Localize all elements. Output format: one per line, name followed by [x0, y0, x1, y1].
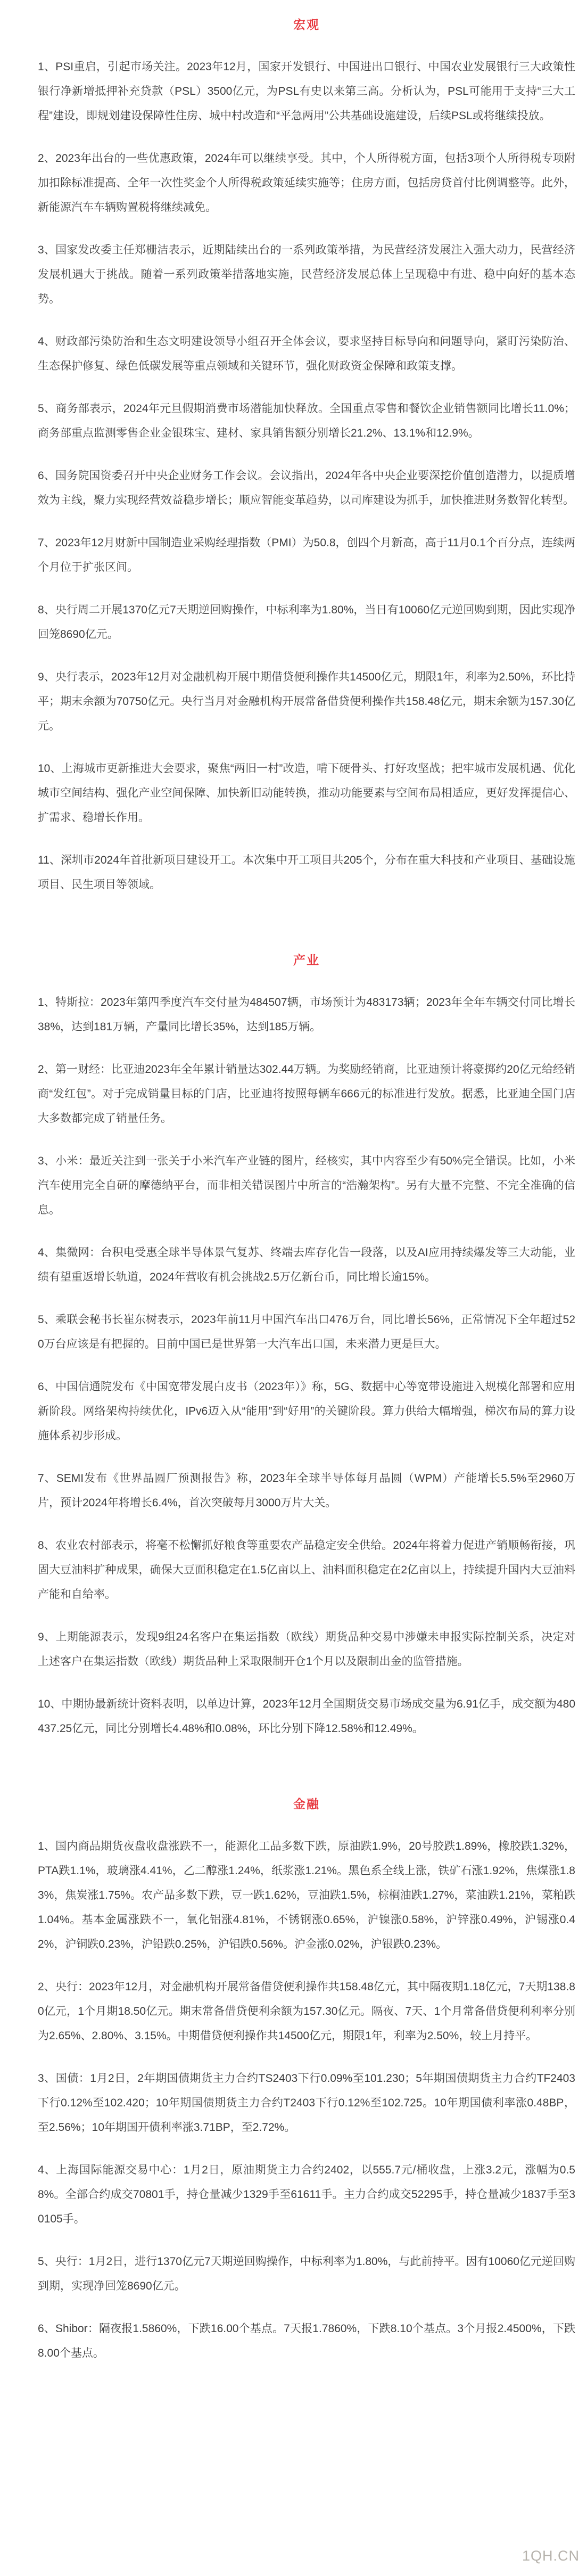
news-item: 3、国债：1月2日，2年期国债期货主力合约TS2403下行0.09%至101.2… [38, 2066, 575, 2140]
section-items: 1、国内商品期货夜盘收盘涨跌不一，能源化工品多数下跌，原油跌1.9%，20号胶跌… [38, 1834, 575, 2366]
news-item: 2、央行：2023年12月，对金融机构开展常备借贷便利操作共158.48亿元，其… [38, 1975, 575, 2048]
news-item: 10、上海城市更新推进大会要求，聚焦“两旧一村”改造，啃下硬骨头、打好攻坚战；把… [38, 757, 575, 830]
news-item: 8、央行周二开展1370亿元7天期逆回购操作，中标利率为1.80%，当日有100… [38, 598, 575, 647]
news-item: 3、国家发改委主任郑栅洁表示，近期陆续出台的一系列政策举措，为民营经济发展注入强… [38, 238, 575, 311]
section-title-industry: 产业 [38, 950, 575, 968]
news-section-industry: 产业 1、特斯拉：2023年第四季度汽车交付量为484507辆，市场预计为483… [38, 950, 575, 1741]
news-item: 5、央行：1月2日，进行1370亿元7天期逆回购操作，中标利率为1.80%，与此… [38, 2250, 575, 2299]
section-title-finance: 金融 [38, 1794, 575, 1812]
news-item: 6、国务院国资委召开中央企业财务工作会议。会议指出，2024年各中央企业要深挖价… [38, 464, 575, 513]
news-item: 8、农业农村部表示，将毫不松懈抓好粮食等重要农产品稳定安全供给。2024年将着力… [38, 1533, 575, 1607]
news-item: 7、2023年12月财新中国制造业采购经理指数（PMI）为50.8，创四个月新高… [38, 531, 575, 580]
news-item: 9、上期能源表示，发现9组24名客户在集运指数（欧线）期货品种交易中涉嫌未申报实… [38, 1625, 575, 1674]
news-document: 宏观 1、PSI重启，引起市场关注。2023年12月，国家开发银行、中国进出口银… [0, 0, 587, 2366]
news-item: 9、央行表示，2023年12月对金融机构开展中期借贷便利操作共14500亿元，期… [38, 665, 575, 739]
section-title-macro: 宏观 [38, 15, 575, 32]
news-item: 4、财政部污染防治和生态文明建设领导小组召开全体会议，要求坚持目标导向和问题导向… [38, 330, 575, 379]
news-item: 1、特斯拉：2023年第四季度汽车交付量为484507辆，市场预计为483173… [38, 990, 575, 1039]
news-item: 6、Shibor：隔夜报1.5860%，下跌16.00个基点。7天报1.7860… [38, 2317, 575, 2366]
news-item: 7、SEMI发布《世界晶圆厂预测报告》称，2023年全球半导体每月晶圆（WPM）… [38, 1466, 575, 1515]
news-item: 6、中国信通院发布《中国宽带发展白皮书（2023年）》称，5G、数据中心等宽带设… [38, 1375, 575, 1448]
news-item: 2、2023年出台的一些优惠政策，2024年可以继续享受。其中，个人所得税方面，… [38, 146, 575, 220]
news-section-macro: 宏观 1、PSI重启，引起市场关注。2023年12月，国家开发银行、中国进出口银… [38, 15, 575, 897]
watermark: 1QH.CN [522, 2548, 580, 2564]
news-section-finance: 金融 1、国内商品期货夜盘收盘涨跌不一，能源化工品多数下跌，原油跌1.9%，20… [38, 1794, 575, 2366]
news-item: 2、第一财经：比亚迪2023年全年累计销量达302.44万辆。为奖励经销商，比亚… [38, 1057, 575, 1131]
news-item: 10、中期协最新统计资料表明，以单边计算，2023年12月全国期货交易市场成交量… [38, 1692, 575, 1741]
news-item: 11、深圳市2024年首批新项目建设开工。本次集中开工项目共205个，分布在重大… [38, 848, 575, 897]
section-items: 1、PSI重启，引起市场关注。2023年12月，国家开发银行、中国进出口银行、中… [38, 55, 575, 897]
news-item: 5、商务部表示，2024年元旦假期消费市场潜能加快释放。全国重点零售和餐饮企业销… [38, 397, 575, 446]
news-item: 4、集微网：台积电受惠全球半导体景气复苏、终端去库存化告一段落，以及AI应用持续… [38, 1241, 575, 1290]
news-item: 4、上海国际能源交易中心：1月2日，原油期货主力合约2402，以555.7元/桶… [38, 2158, 575, 2232]
news-item: 1、PSI重启，引起市场关注。2023年12月，国家开发银行、中国进出口银行、中… [38, 55, 575, 128]
news-item: 5、乘联会秘书长崔东树表示，2023年前11月中国汽车出口476万台，同比增长5… [38, 1308, 575, 1357]
section-items: 1、特斯拉：2023年第四季度汽车交付量为484507辆，市场预计为483173… [38, 990, 575, 1741]
news-item: 3、小米：最近关注到一张关于小米汽车产业链的图片，经核实，其中内容至少有50%完… [38, 1149, 575, 1223]
news-item: 1、国内商品期货夜盘收盘涨跌不一，能源化工品多数下跌，原油跌1.9%，20号胶跌… [38, 1834, 575, 1957]
